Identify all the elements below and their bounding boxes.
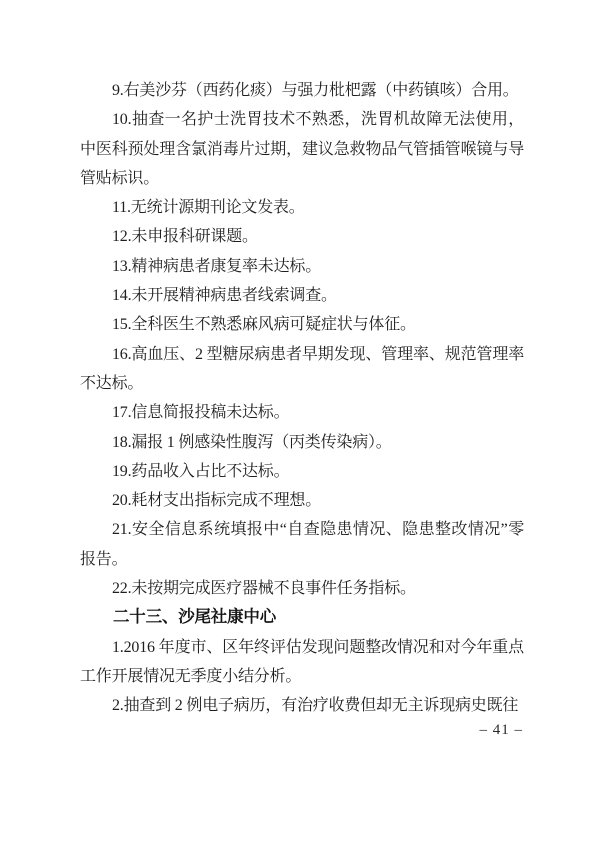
list-item-2: 2.抽查到 2 例电子病历，有治疗收费但却无主诉现病史既往 [80,691,524,720]
document-body: 9.右美沙芬（西药化痰）与强力枇杷露（中药镇咳）合用。 10.抽查一名护士洗胃技… [80,76,524,721]
page-number: – 41 – [480,722,524,739]
list-item-18: 18.漏报 1 例感染性腹泻（丙类传染病）。 [80,428,524,457]
list-item-22: 22.未按期完成医疗器械不良事件任务指标。 [80,574,524,603]
list-item-16: 16.高血压、2 型糖尿病患者早期发现、管理率、规范管理率不达标。 [80,340,524,399]
list-item-1: 1.2016 年度市、区年终评估发现问题整改情况和对今年重点工作开展情况无季度小… [80,633,524,692]
list-item-21: 21.安全信息系统填报中“自查隐患情况、隐患整改情况”零报告。 [80,515,524,574]
list-item-14: 14.未开展精神病患者线索调查。 [80,281,524,310]
document-page: 9.右美沙芬（西药化痰）与强力枇杷露（中药镇咳）合用。 10.抽查一名护士洗胃技… [0,0,600,850]
list-item-19: 19.药品收入占比不达标。 [80,457,524,486]
list-item-10: 10.抽查一名护士洗胃技术不熟悉，洗胃机故障无法使用，中医科预处理含氯消毒片过期… [80,105,524,193]
list-item-11: 11.无统计源期刊论文发表。 [80,193,524,222]
list-item-20: 20.耗材支出指标完成不理想。 [80,486,524,515]
section-heading: 二十三、沙尾社康中心 [80,603,524,632]
list-item-17: 17.信息简报投稿未达标。 [80,398,524,427]
list-item-15: 15.全科医生不熟悉麻风病可疑症状与体征。 [80,310,524,339]
list-item-12: 12.未申报科研课题。 [80,222,524,251]
list-item-13: 13.精神病患者康复率未达标。 [80,252,524,281]
list-item-9: 9.右美沙芬（西药化痰）与强力枇杷露（中药镇咳）合用。 [80,76,524,105]
